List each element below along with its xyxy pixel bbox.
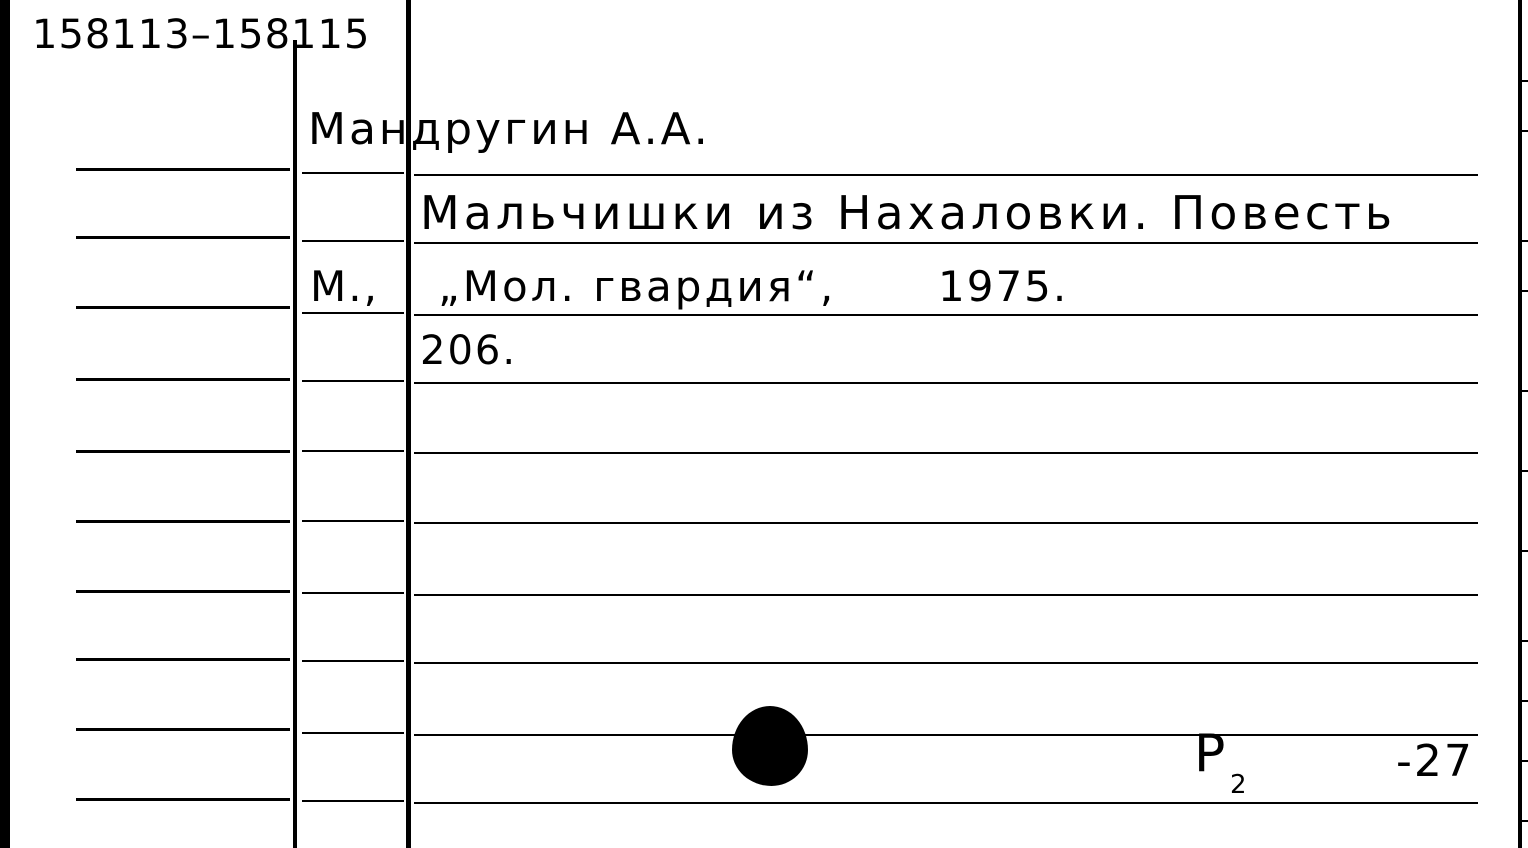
ruled-line (302, 592, 404, 594)
ruled-line (414, 314, 1478, 316)
ruled-line (76, 798, 290, 801)
ruled-line (414, 242, 1478, 244)
edge-tick (1522, 700, 1528, 702)
imprint-publisher: „Мол. гвардия“, (438, 262, 836, 311)
shelf-mark-subscript: 2 (1230, 770, 1249, 800)
call-number: 158113–158115 (32, 12, 370, 58)
edge-tick (1522, 550, 1528, 552)
inventory-number: -27 (1396, 736, 1474, 787)
edge-tick (1522, 640, 1528, 642)
edge-tick (1522, 130, 1528, 132)
ruled-line (302, 660, 404, 662)
ruled-line (414, 594, 1478, 596)
ruled-line (414, 802, 1478, 804)
author-heading: Мандругин А.А. (308, 104, 711, 155)
ruled-line (302, 172, 404, 174)
imprint-place: М., (310, 262, 379, 311)
shelf-mark: Р (1194, 724, 1227, 784)
ruled-line (414, 452, 1478, 454)
imprint-year: 1975. (938, 262, 1068, 311)
ruled-line (414, 522, 1478, 524)
ruled-line (76, 658, 290, 661)
ruled-line (302, 380, 404, 382)
card-right-edge (1518, 0, 1522, 848)
ruled-line (76, 728, 290, 731)
ruled-line (414, 734, 1478, 736)
ruled-line (302, 450, 404, 452)
ruled-line (76, 450, 290, 453)
book-title: Мальчишки из Нахаловки. Повесть (420, 186, 1396, 240)
ruled-line (76, 378, 290, 381)
ruled-line (76, 306, 290, 309)
ruled-line (302, 520, 404, 522)
ruled-line (302, 800, 404, 802)
edge-tick (1522, 470, 1528, 472)
card-left-edge (0, 0, 10, 848)
edge-tick (1522, 80, 1528, 82)
edge-tick (1522, 760, 1528, 762)
ruled-line (302, 312, 404, 314)
ruled-line (414, 174, 1478, 176)
margin-rule-1 (293, 40, 297, 848)
edge-tick (1522, 390, 1528, 392)
ruled-line (302, 240, 404, 242)
edge-tick (1522, 240, 1528, 242)
ruled-line (302, 732, 404, 734)
ruled-line (76, 520, 290, 523)
ruled-line (414, 382, 1478, 384)
edge-tick (1522, 290, 1528, 292)
edge-tick (1522, 820, 1528, 822)
punch-hole (732, 706, 808, 786)
ruled-line (76, 236, 290, 239)
ruled-line (76, 590, 290, 593)
ruled-line (414, 662, 1478, 664)
page-count: 206. (420, 328, 517, 374)
ruled-line (76, 168, 290, 171)
